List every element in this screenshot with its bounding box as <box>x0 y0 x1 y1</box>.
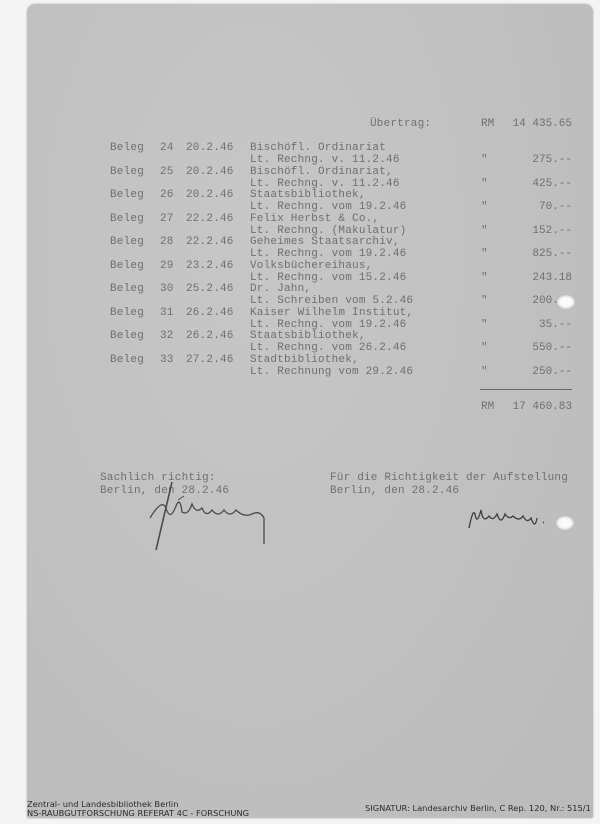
entry-date: 22.2.46 <box>186 213 234 225</box>
footer-signature-ref: SIGNATUR: Landesarchiv Berlin, C Rep. 12… <box>365 804 591 813</box>
entry-number: 27 <box>160 213 174 225</box>
entry-amount: 243.18 <box>472 272 572 284</box>
entry-payee: Volksbüchereihaus, <box>250 260 372 272</box>
entry-beleg-label: Beleg <box>110 142 144 154</box>
left-signature <box>148 478 273 558</box>
punch-hole-upper <box>557 295 575 309</box>
footer-institution-line2: NS-RAUBGUTFORSCHUNG REFERAT 4C - FORSCHU… <box>27 809 249 818</box>
entry-payee: Kaiser Wilhelm Institut, <box>250 307 413 319</box>
entry-amount: 825.-- <box>472 248 572 260</box>
entry-beleg-label: Beleg <box>110 307 144 319</box>
entry-payee: Dr. Jahn, <box>250 283 311 295</box>
entry-beleg-label: Beleg <box>110 236 144 248</box>
entry-beleg-label: Beleg <box>110 354 144 366</box>
entry-date: 22.2.46 <box>186 236 234 248</box>
entry-amount: 70.-- <box>472 201 572 213</box>
entry-number: 31 <box>160 307 174 319</box>
entry-date: 27.2.46 <box>186 354 234 366</box>
entry-number: 33 <box>160 354 174 366</box>
entry-amount: 250.-- <box>472 366 572 378</box>
entry-reference: Lt. Rechng. v. 11.2.46 <box>250 154 400 166</box>
entry-amount: 35.-- <box>472 319 572 331</box>
entry-amount: 550.-- <box>472 342 572 354</box>
entry-date: 20.2.46 <box>186 189 234 201</box>
entry-beleg-label: Beleg <box>110 330 144 342</box>
entry-date: 20.2.46 <box>186 142 234 154</box>
footer-institution: Zentral- und Landesbibliothek Berlin NS-… <box>27 800 249 818</box>
entry-date: 26.2.46 <box>186 307 234 319</box>
entry-amount: 425.-- <box>472 178 572 190</box>
entry-beleg-label: Beleg <box>110 189 144 201</box>
entry-beleg-label: Beleg <box>110 260 144 272</box>
entry-amount: 152.-- <box>472 225 572 237</box>
entry-number: 28 <box>160 236 174 248</box>
carry-over-label: Übertrag: <box>370 118 431 130</box>
entry-number: 25 <box>160 166 174 178</box>
entry-number: 26 <box>160 189 174 201</box>
entry-date: 23.2.46 <box>186 260 234 272</box>
carry-over-amount: 14 435.65 <box>472 118 572 130</box>
entry-reference: Lt. Rechng. vom 26.2.46 <box>250 342 406 354</box>
entry-beleg-label: Beleg <box>110 283 144 295</box>
entry-number: 24 <box>160 142 174 154</box>
entry-reference: Lt. Rechnung vom 29.2.46 <box>250 366 413 378</box>
entry-reference: Lt. Rechng. vom 19.2.46 <box>250 201 406 213</box>
entry-reference: Lt. Schreiben vom 5.2.46 <box>250 295 413 307</box>
punch-hole-lower <box>556 516 574 530</box>
entry-payee: Stadtbibliothek, <box>250 354 359 366</box>
entry-reference: Lt. Rechng. vom 19.2.46 <box>250 248 406 260</box>
sum-rule <box>480 389 572 390</box>
entry-payee: Staatsbibliothek, <box>250 189 366 201</box>
entry-number: 29 <box>160 260 174 272</box>
entry-date: 25.2.46 <box>186 283 234 295</box>
entry-date: 20.2.46 <box>186 166 234 178</box>
entry-payee: Staatsbibliothek, <box>250 330 366 342</box>
entry-beleg-label: Beleg <box>110 213 144 225</box>
entry-beleg-label: Beleg <box>110 166 144 178</box>
entry-number: 32 <box>160 330 174 342</box>
entry-date: 26.2.46 <box>186 330 234 342</box>
entry-amount: 275.-- <box>472 154 572 166</box>
total-amount: 17 460.83 <box>472 401 572 413</box>
entry-payee: Bischöfl. Ordinariat, <box>250 166 393 178</box>
entry-number: 30 <box>160 283 174 295</box>
entry-payee: Bischöfl. Ordinariat <box>250 142 386 154</box>
entry-payee: Felix Herbst & Co., <box>250 213 379 225</box>
right-attestation-line1: Für die Richtigkeit der Aufstellung <box>330 472 568 484</box>
entry-payee: Geheimes Staatsarchiv, <box>250 236 400 248</box>
right-signature <box>465 500 555 535</box>
right-attestation-line2: Berlin, den 28.2.46 <box>330 485 459 497</box>
